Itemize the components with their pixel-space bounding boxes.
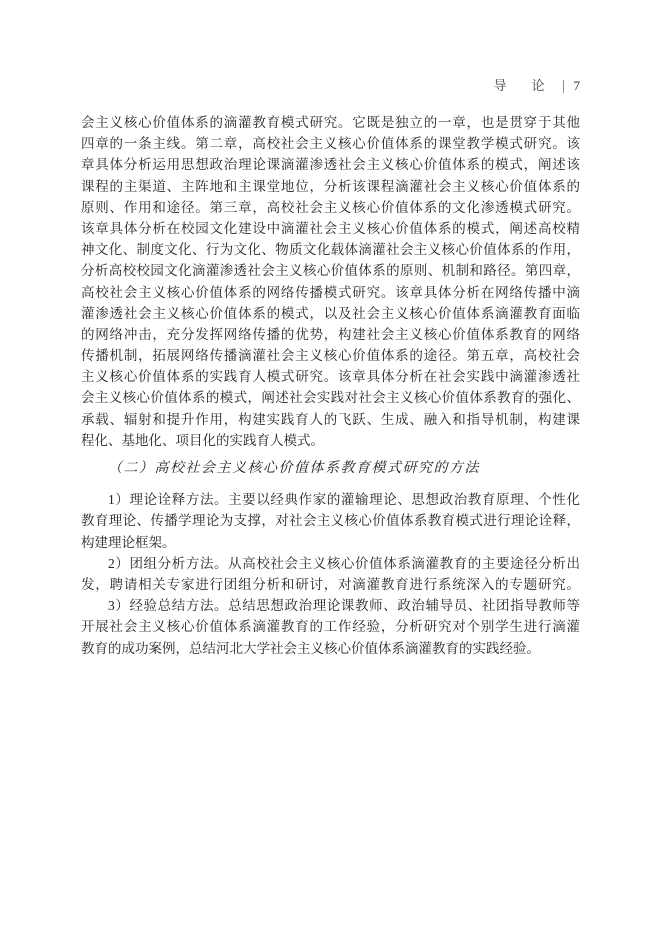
text-line: 会主义核心价值体系的模式，阐述社会实践对社会主义核心价值体系教育的强化、: [81, 387, 580, 408]
text-line: 1）理论诠释方法。主要以经典作家的灌输理论、思想政治教育原理、个性化: [81, 489, 580, 510]
paragraph: 3）经验总结方法。总结思想政治理论课教师、政治辅导员、社团指导教师等开展社会主义…: [81, 595, 580, 659]
text-line: 承载、辐射和提升作用，构建实践育人的飞跃、生成、融入和指导机制，构建课: [81, 409, 580, 430]
text-line: 主义核心价值体系的实践育人模式研究。该章具体分析在社会实践中滴灌渗透社: [81, 366, 580, 387]
text-line: 原则、作用和途径。第三章，高校社会主义核心价值体系的文化渗透模式研究。: [81, 197, 580, 218]
text-line: 传播机制，拓展网络传播滴灌社会主义核心价值体系的途径。第五章，高校社会: [81, 345, 580, 366]
paragraph: 会主义核心价值体系的滴灌教育模式研究。它既是独立的一章，也是贯穿于其他四章的一条…: [81, 112, 580, 451]
page-number: 7: [574, 78, 581, 94]
page-content: 会主义核心价值体系的滴灌教育模式研究。它既是独立的一章，也是贯穿于其他四章的一条…: [81, 112, 580, 659]
header-divider: [563, 80, 564, 93]
section-heading: （二）高校社会主义核心价值体系教育模式研究的方法: [81, 458, 580, 479]
text-line: 2）团组分析方法。从高校社会主义核心价值体系滴灌教育的主要途径分析出: [81, 553, 580, 574]
text-line: 开展社会主义核心价值体系滴灌教育的工作经验，分析研究对个别学生进行滴灌: [81, 616, 580, 637]
text-line: 构建理论框架。: [81, 532, 580, 553]
text-line: 神文化、制度文化、行为文化、物质文化载体滴灌社会主义核心价值体系的作用，: [81, 239, 580, 260]
text-line: 程化、基地化、项目化的实践育人模式。: [81, 430, 580, 451]
text-line: 会主义核心价值体系的滴灌教育模式研究。它既是独立的一章，也是贯穿于其他: [81, 112, 580, 133]
text-line: 发，聘请相关专家进行团组分析和研讨，对滴灌教育进行系统深入的专题研究。: [81, 574, 580, 595]
running-title-char-2: 论: [531, 78, 544, 94]
text-line: 教育理论、传播学理论为支撑，对社会主义核心价值体系教育模式进行理论诠释，: [81, 510, 580, 531]
page-header: 导 论 7: [493, 78, 580, 94]
text-line: 高校社会主义核心价值体系的网络传播模式研究。该章具体分析在网络传播中滴: [81, 282, 580, 303]
text-line: 章具体分析运用思想政治理论课滴灌渗透社会主义核心价值体系的模式，阐述该: [81, 154, 580, 175]
text-line: 该章具体分析在校园文化建设中滴灌社会主义核心价值体系的模式，阐述高校精: [81, 218, 580, 239]
paragraph: 1）理论诠释方法。主要以经典作家的灌输理论、思想政治教育原理、个性化教育理论、传…: [81, 489, 580, 553]
text-line: 教育的成功案例，总结河北大学社会主义核心价值体系滴灌教育的实践经验。: [81, 638, 580, 659]
paragraph: 2）团组分析方法。从高校社会主义核心价值体系滴灌教育的主要途径分析出发，聘请相关…: [81, 553, 580, 595]
text-line: 分析高校校园文化滴灌渗透社会主义核心价值体系的原则、机制和路径。第四章，: [81, 260, 580, 281]
text-line: 灌渗透社会主义核心价值体系的模式，以及社会主义核心价值体系滴灌教育面临: [81, 303, 580, 324]
book-page: 导 论 7 会主义核心价值体系的滴灌教育模式研究。它既是独立的一章，也是贯穿于其…: [0, 0, 661, 925]
text-line: 的网络冲击，充分发挥网络传播的优势，构建社会主义核心价值体系教育的网络: [81, 324, 580, 345]
running-title-char-1: 导: [493, 78, 506, 94]
text-line: 3）经验总结方法。总结思想政治理论课教师、政治辅导员、社团指导教师等: [81, 595, 580, 616]
text-line: 课程的主渠道、主阵地和主课堂地位，分析该课程滴灌社会主义核心价值体系的: [81, 176, 580, 197]
text-line: 四章的一条主线。第二章，高校社会主义核心价值体系的课堂教学模式研究。该: [81, 133, 580, 154]
